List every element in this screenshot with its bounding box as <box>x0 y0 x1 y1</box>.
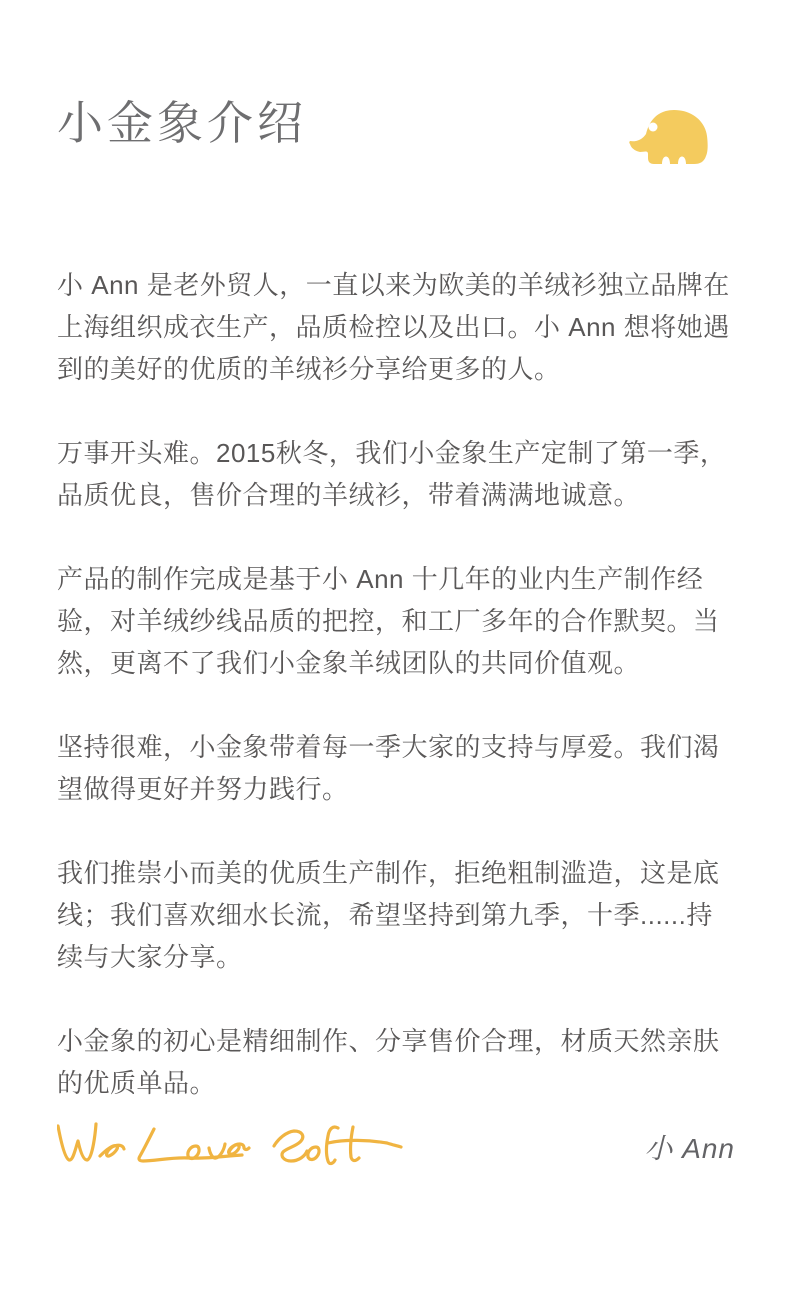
paragraph-2: 万事开头难。2015秋冬，我们小金象生产定制了第一季，品质优良，售价合理的羊绒衫… <box>57 432 735 516</box>
page-title: 小金象介绍 <box>57 96 307 151</box>
paragraph-5: 我们推崇小而美的优质生产制作，拒绝粗制滥造，这是底线；我们喜欢细水长流，希望坚持… <box>57 852 735 978</box>
paragraph-3: 产品的制作完成是基于小 Ann 十几年的业内生产制作经验，对羊绒纱线品质的把控，… <box>57 558 735 684</box>
elephant-icon <box>628 108 714 168</box>
paragraph-6: 小金象的初心是精细制作、分享售价合理，材质天然亲肤的优质单品。 <box>57 1020 735 1104</box>
signature-row: 小 Ann <box>57 1114 735 1180</box>
author-name: 小 Ann <box>644 1127 735 1167</box>
intro-text: 小 Ann 是老外贸人，一直以来为欧美的羊绒衫独立品牌在上海组织成衣生产，品质检… <box>57 264 735 1146</box>
paragraph-1: 小 Ann 是老外贸人，一直以来为欧美的羊绒衫独立品牌在上海组织成衣生产，品质检… <box>57 264 735 390</box>
paragraph-4: 坚持很难，小金象带着每一季大家的支持与厚爱。我们渴望做得更好并努力践行。 <box>57 726 735 810</box>
about-page: 小金象介绍 小 Ann 是老外贸人，一直以来为欧美的羊绒衫独立品牌在上海组织成衣… <box>0 0 790 1300</box>
we-love-soft-signature <box>57 1115 403 1179</box>
